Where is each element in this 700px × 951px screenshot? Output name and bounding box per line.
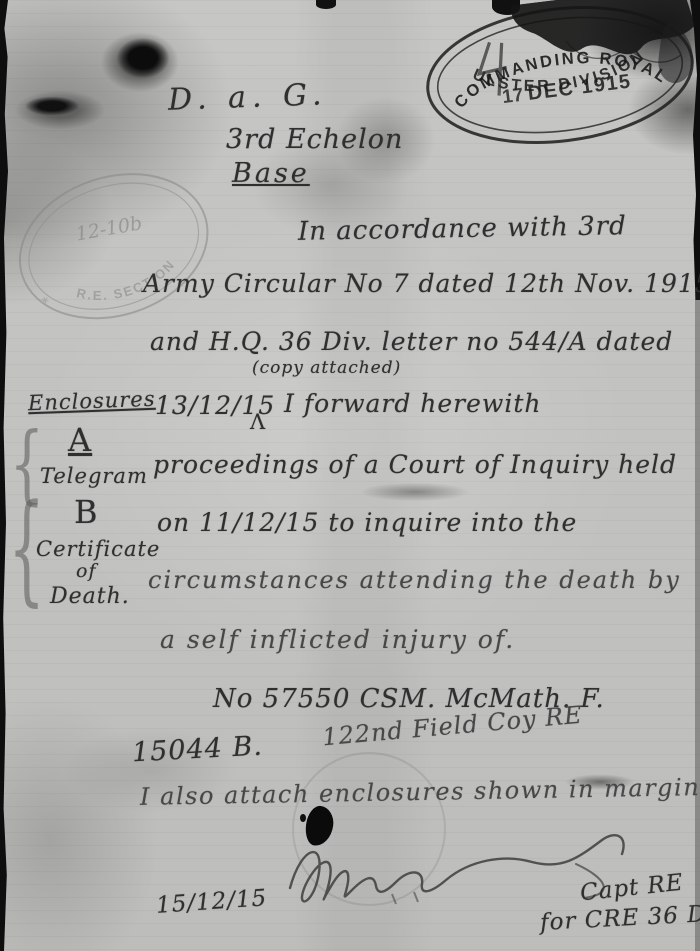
body-line-7: circumstances attending the death by (148, 568, 681, 593)
margin-item-death: Death. (50, 585, 130, 608)
stamp-date: DEC 1915 (527, 70, 633, 105)
margin-item-of: of (76, 562, 96, 582)
stamp-day: 17 (501, 85, 525, 108)
insertion-caret: Λ (250, 411, 266, 433)
ink-blot-satellite (300, 814, 306, 822)
subject-alt-number: 15044 B. (131, 733, 263, 768)
margin-heading-enclosures: Enclosures (28, 388, 156, 414)
margin-label-a: A (68, 424, 92, 458)
address-line-echelon: 3rd Echelon (226, 126, 403, 154)
scanned-document-page: R.E. SECTION * 12-10b COMMANDING ROYAL U… (0, 0, 700, 951)
stamp-star-mark: * (39, 293, 52, 313)
left-scan-edge (0, 0, 8, 951)
body-line-1: In accordance with 3rd (298, 213, 627, 246)
margin-item-telegram: Telegram (40, 465, 148, 487)
stamp-handwritten-note: 12-10b (74, 212, 144, 245)
ulster-division-stamp: COMMANDING ROYAL ULSTER DIVISION 17 DEC … (412, 0, 700, 167)
re-section-stamp: R.E. SECTION * 12-10b (0, 144, 235, 350)
body-line-8: a self inflicted injury of. (160, 627, 515, 653)
margin-label-b: B (74, 496, 99, 530)
body-line-4: I forward herewith (284, 391, 541, 417)
body-line-6: on 11/12/15 to inquire into the (157, 510, 577, 536)
body-insertion-copy-attached: (copy attached) (252, 360, 401, 378)
body-line-5: proceedings of a Court of Inquiry held (153, 452, 677, 478)
body-line-2: Army Circular No 7 dated 12th Nov. 1915 (143, 271, 700, 297)
top-edge-mark (316, 0, 336, 9)
margin-item-certificate: Certificate (36, 538, 160, 560)
body-line-3: and H.Q. 36 Div. letter no 544/A dated (150, 329, 673, 355)
footer-date: 15/12/15 (155, 886, 268, 918)
address-line-dag: D. a. G. (167, 79, 327, 116)
right-scan-edge-lower (695, 290, 700, 951)
address-line-base: Base (232, 160, 310, 188)
